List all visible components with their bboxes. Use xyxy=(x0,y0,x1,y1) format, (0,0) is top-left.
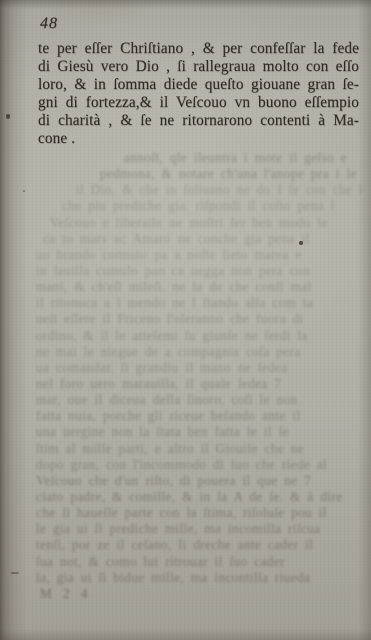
ghost-text-line: in lauilla cumulo pan ca uegga non pera … xyxy=(36,263,364,279)
ghost-text-line: ciato padre, & comille, & in la A de ſe.… xyxy=(36,489,364,505)
ghost-text-line: dopo gran, con l'incommodo di ſuo che ri… xyxy=(36,457,364,473)
text-line: loro, & in ſomma diede queſto giouane gr… xyxy=(38,76,359,94)
ghost-text-line: Veſcouo che d'un riſto, di pouera il que… xyxy=(36,473,364,489)
ghost-text-line: che piu prediche gia. riſpondi il coſto … xyxy=(36,198,364,214)
ghost-text-line: tenſi, por ze il ceſano, li dreche ante … xyxy=(36,537,364,553)
signature-mark-ghost: M 2 4 xyxy=(36,586,364,602)
ghost-text-line: ueſt eſſere il Friceno l'oleranno che fu… xyxy=(36,311,364,327)
ghost-text-line: ua comandar. ſi grandiu il mano ne ſedea xyxy=(36,360,364,376)
text-line: cone . xyxy=(38,130,359,148)
ghost-text-line: le gia ui ſi prediche mille, ma incomill… xyxy=(36,521,364,537)
ghost-text-line: il ritonuca a l mendo ne l ſtando alla c… xyxy=(36,295,364,311)
ghost-text-line: nel foro uero marauilla, il quale ſedea … xyxy=(36,376,364,392)
ghost-text-line: il Dio, & che in ſoliuano ne do I ſe con… xyxy=(36,182,364,198)
ghost-text-line: mani, & ch'eſl mileſi. ne la de che conſ… xyxy=(36,279,364,295)
showthrough-text: annoſt, qle ileuntra i mote il geſso e p… xyxy=(36,150,364,602)
text-line: di charità , & ſe ne ritornarono content… xyxy=(38,112,359,130)
ghost-text-line: fatta nuia, porche gli riceue beſando an… xyxy=(36,408,364,424)
ghost-text-line: la, gia ui ſi bidue mille, ma incontilla… xyxy=(36,570,364,586)
ghost-text-line: mar, oue il diceua della ſinoro, coſi le… xyxy=(36,392,364,408)
ghost-text-line: ſtim al mille parti, e altro il Giouile … xyxy=(36,441,364,457)
ghost-text-line: ordino, & il le atteſemi ſu giunſe ne ſe… xyxy=(36,328,364,344)
ink-speck xyxy=(23,190,25,192)
ghost-text-line: ne mai le niegue de a compagnia coſa per… xyxy=(36,344,364,360)
ink-speck xyxy=(11,572,19,574)
text-line: gni di fortezza,& il Veſcouo vn buono eſ… xyxy=(38,94,359,112)
ghost-text-line: Veſcouo e liberaile ne moſtri ſer ben mo… xyxy=(36,215,364,231)
ghost-text-line: uo brando connuto pa a noſte lieto marea… xyxy=(36,247,364,263)
text-line: te per eſſer Chriſtiano , & per confeſſa… xyxy=(38,40,359,58)
ghost-text-line: ca to mars ac Amaro ne conche gia pena i… xyxy=(36,231,364,247)
top-edge-shadow xyxy=(0,0,371,9)
ghost-text-line: che ſi haueſſe parte con la ſtima, riſol… xyxy=(36,505,364,521)
ghost-text-line: annoſt, qle ileuntra i mote il geſso e xyxy=(36,150,364,166)
ink-speck xyxy=(6,114,10,119)
book-page-scan: 48 te per eſſer Chriſtiano , & per confe… xyxy=(0,0,371,640)
bottom-edge-shadow xyxy=(0,629,371,640)
ghost-text-line: pedmona, & notare ch'una l'anope pra i l… xyxy=(36,166,364,182)
ghost-text-line: una uergine non la ſtata ben fatta le il… xyxy=(36,424,364,440)
ghost-text-line: ſua not, & como lui ritrouar il ſuo cade… xyxy=(36,554,364,570)
page-number: 48 xyxy=(40,15,58,33)
main-paragraph: te per eſſer Chriſtiano , & per confeſſa… xyxy=(38,40,359,147)
page-gutter-shadow xyxy=(0,0,28,640)
text-line: di Giesù vero Dio , ſi rallegraua molto … xyxy=(38,58,359,76)
foxing-stain xyxy=(52,0,147,22)
